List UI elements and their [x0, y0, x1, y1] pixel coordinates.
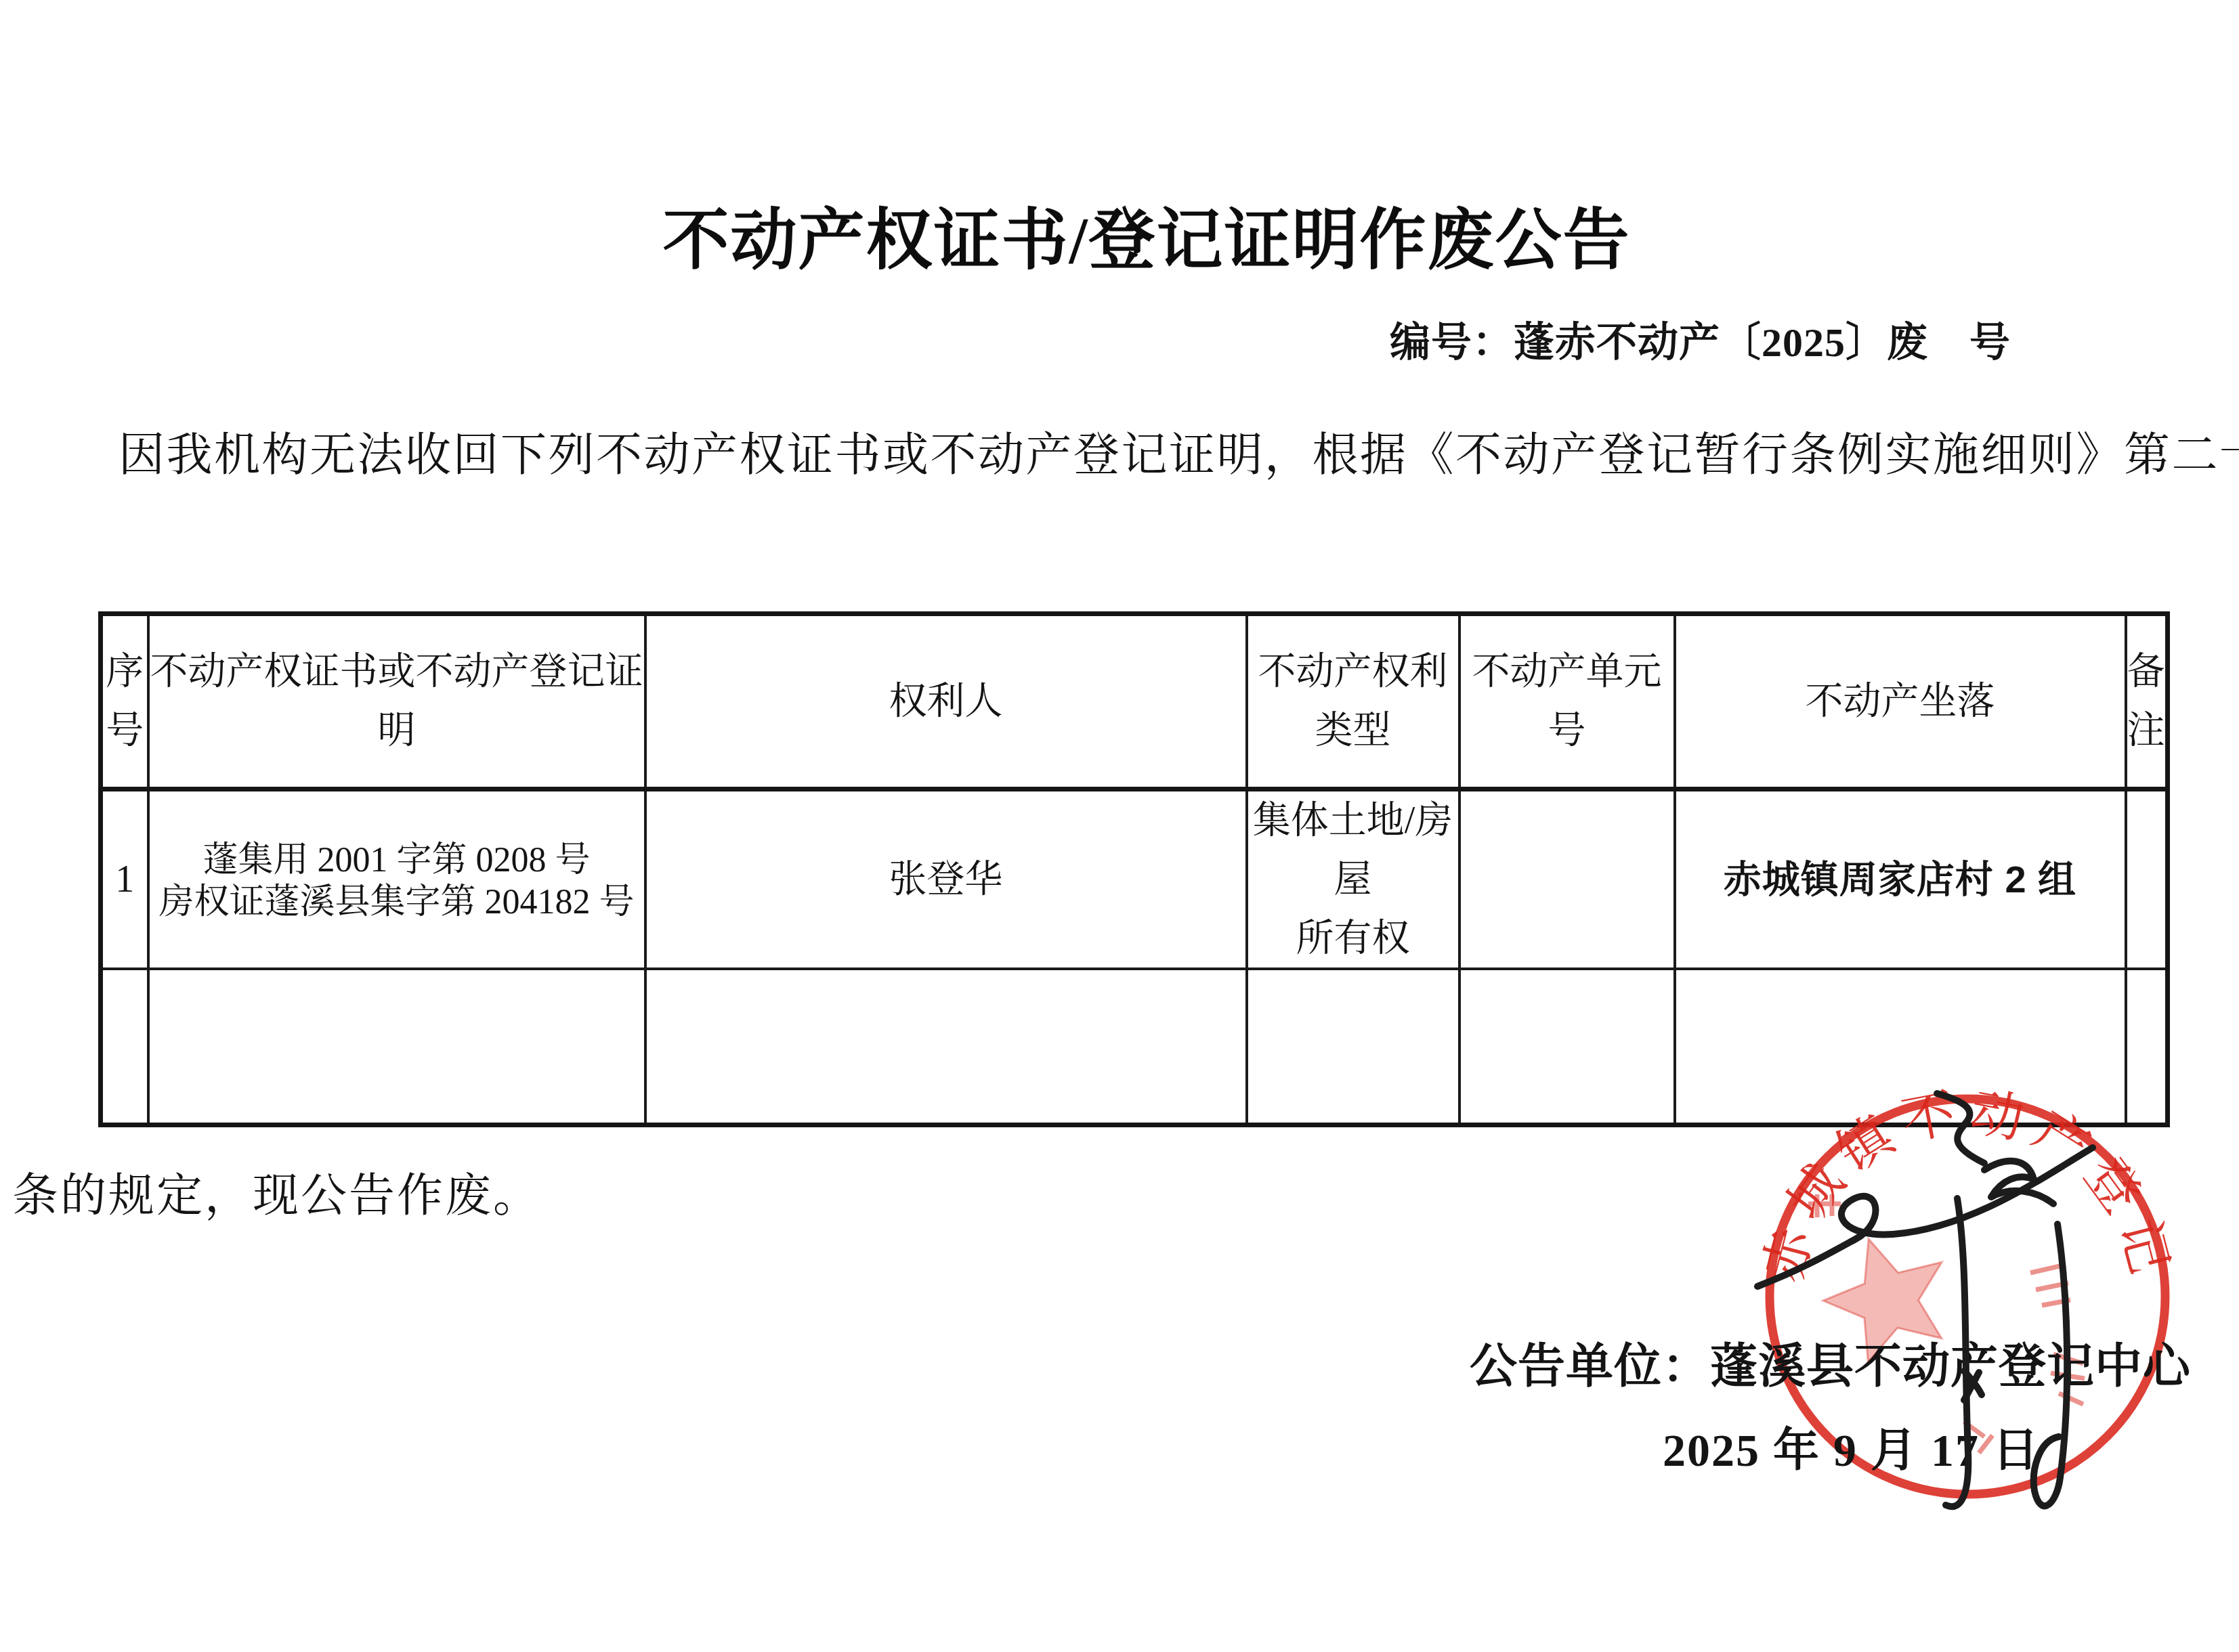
header-remark: 备注 [2126, 614, 2168, 789]
table-row [101, 969, 2168, 1125]
cell-seq [101, 969, 148, 1125]
cell-seq: 1 [101, 789, 148, 970]
body-paragraph-line2: 条的规定，现公告作废。 [12, 1159, 541, 1225]
certificate-line-1: 蓬集用 2001 字第 0208 号 [202, 840, 590, 882]
certificate-line-2: 房权证蓬溪县集字第 204182 号 [158, 882, 634, 923]
announcing-unit: 公告单位：蓬溪县不动产登记中心 [1470, 1328, 2191, 1397]
header-right-type: 不动产权利类型 [1247, 614, 1459, 789]
cell-remark [2126, 789, 2168, 970]
cell-unit-no [1459, 969, 1675, 1125]
handwritten-signature [1741, 1070, 2201, 1557]
document-number: 编号：蓬赤不动产〔2025〕废 号 [1390, 310, 2011, 368]
header-certificate: 不动产权证书或不动产登记证明 [148, 614, 645, 789]
cell-unit-no [1459, 789, 1675, 970]
header-unit-no: 不动产单元号 [1459, 614, 1675, 789]
announcement-document: { "page": { "background": "#ffffff", "in… [0, 0, 2239, 1652]
cell-remark [2126, 969, 2168, 1125]
right-type-line-2: 所有权 [1248, 909, 1458, 968]
right-type-line-1: 集体土地/房屋 [1248, 791, 1458, 909]
cell-certificate: 蓬集用 2001 字第 0208 号 房权证蓬溪县集字第 204182 号 [148, 789, 645, 970]
cell-holder [645, 969, 1247, 1125]
cell-location: 赤城镇周家店村 2 组 [1675, 789, 2126, 970]
cell-certificate [148, 969, 645, 1125]
header-location: 不动产坐落 [1675, 614, 2126, 789]
certificates-table: 序号 不动产权证书或不动产登记证明 权利人 不动产权利类型 不动产单元号 不动产… [98, 611, 2170, 1127]
cell-right-type [1247, 969, 1459, 1125]
cell-holder: 张登华 [645, 789, 1247, 970]
header-holder: 权利人 [645, 614, 1247, 789]
announcement-date: 2025 年 9 月 17 日 [1663, 1414, 2040, 1479]
table-header-row: 序号 不动产权证书或不动产登记证明 权利人 不动产权利类型 不动产单元号 不动产… [101, 614, 2168, 789]
page-title: 不动产权证书/登记证明作废公告 [27, 187, 2239, 282]
header-seq: 序号 [101, 614, 148, 789]
table-row: 1 蓬集用 2001 字第 0208 号 房权证蓬溪县集字第 204182 号 … [101, 789, 2168, 970]
official-red-seal: 赤城镇不动产登记 [1741, 1070, 2201, 1557]
cell-right-type: 集体土地/房屋 所有权 [1247, 789, 1459, 970]
cell-location [1675, 969, 2126, 1125]
body-paragraph-line1: 因我机构无法收回下列不动产权证书或不动产登记证明，根据《不动产登记暂行条例实施细… [119, 418, 2239, 484]
